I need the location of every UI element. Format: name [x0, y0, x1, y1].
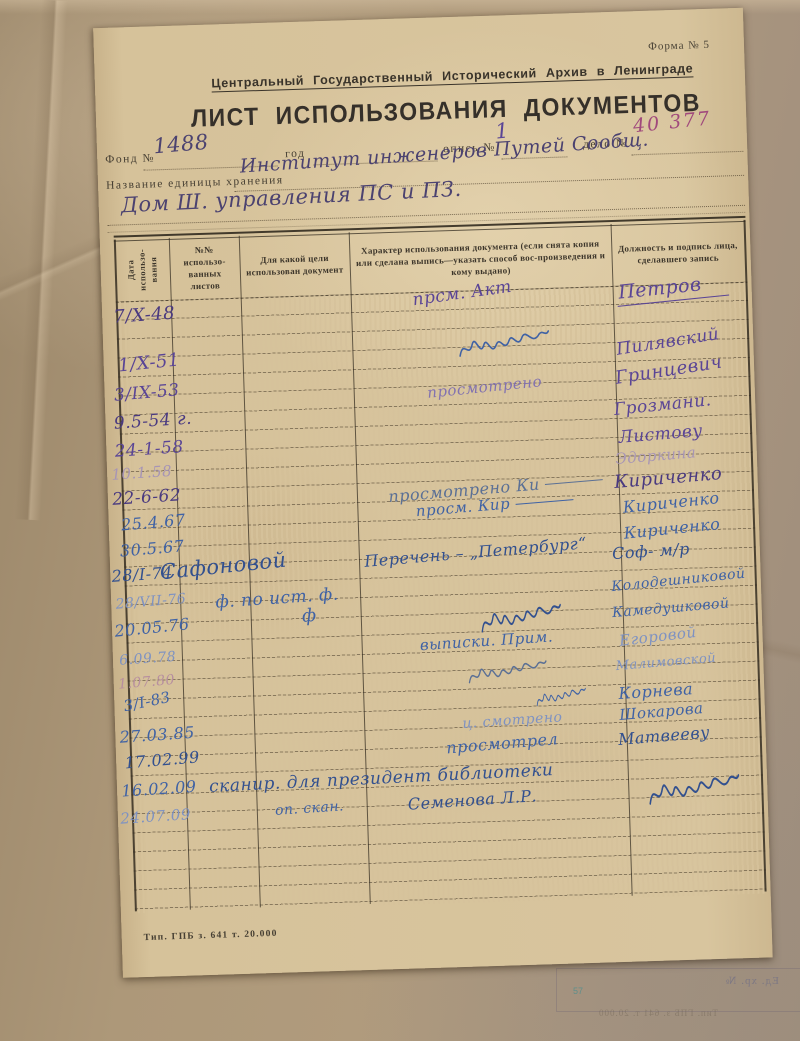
entry-character	[534, 682, 588, 712]
fond-label: Фонд №	[105, 152, 155, 166]
page-title: ЛИСТ ИСПОЛЬЗОВАНИЯ ДОКУМЕНТОВ	[186, 88, 707, 133]
form-number: Форма № 5	[648, 39, 710, 53]
signature-scribble	[534, 682, 588, 712]
backing-pencil-mark: 57	[573, 986, 583, 996]
entry-date: 24-1-58	[114, 439, 184, 461]
unit-value-line1: Институт инженеров Путей Сообщ.	[239, 131, 649, 177]
usage-sheet: Форма № 5 Центральный Государственный Ис…	[93, 8, 773, 978]
entry-signature	[645, 765, 743, 815]
archive-photo: { "form_no": "Форма № 5", "archive_name"…	[0, 0, 800, 1041]
header-purpose: Для какой цели использован документ	[240, 232, 350, 297]
delo-line	[631, 150, 743, 156]
header-date: Дата использо-вания	[116, 238, 170, 302]
archive-name: Центральный Государственный Исторический…	[205, 61, 700, 91]
show-through-stamp-label: Ед. хр. №	[725, 975, 779, 987]
signature-scribble	[645, 765, 743, 815]
fond-value: 1488	[153, 132, 210, 158]
entry-date: 22-6-62	[112, 487, 182, 509]
entry-date: 10.1.58	[111, 464, 173, 483]
entry-date: 6.09.78	[119, 650, 177, 668]
print-shop-imprint: Тип. ГПБ з. 641 т. 20.000	[144, 929, 278, 943]
entry-purpose: ф	[301, 607, 317, 626]
show-through-stamp-box: Ед. хр. №	[556, 968, 800, 1012]
entry-date: 7/X-48	[113, 305, 176, 327]
show-through-imprint: Тип. ГПБ з. 641 т. 20.000	[598, 1008, 718, 1018]
header-sheets: №№ использо-ванных листов	[170, 236, 240, 300]
